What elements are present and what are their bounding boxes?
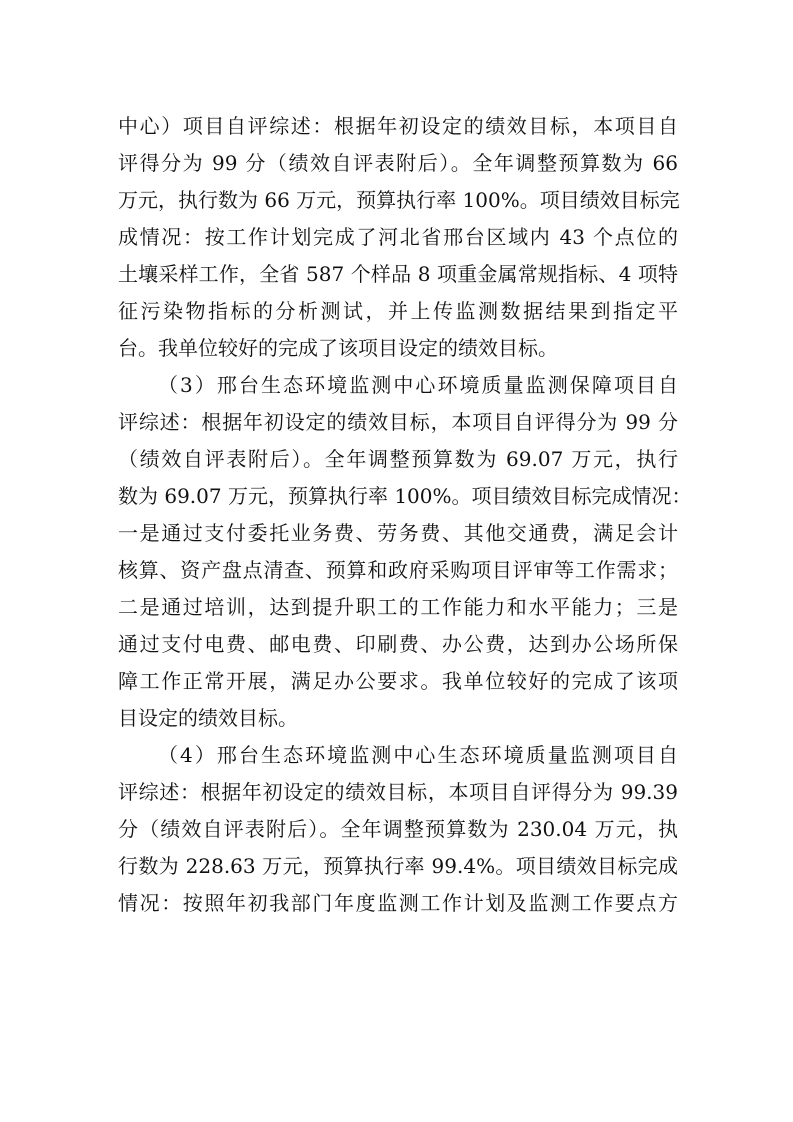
text-line: 通过支付电费、邮电费、印刷费、办公费，达到办公场所保 xyxy=(118,626,678,663)
text-line: 二是通过培训，达到提升职工的工作能力和水平能力；三是 xyxy=(118,589,678,626)
paragraph-project-3: （3）邢台生态环境监测中心环境质量监测保障项目自 评综述：根据年初设定的绩效目标… xyxy=(118,367,678,737)
text-line: （4）邢台生态环境监测中心生态环境质量监测项目自 xyxy=(118,737,678,774)
document-page: 中心）项目自评综述：根据年初设定的绩效目标，本项目自 评得分为 99 分（绩效自… xyxy=(118,108,678,922)
text-line: 行数为 228.63 万元，预算执行率 99.4%。项目绩效目标完成 xyxy=(118,848,678,885)
text-line: 数为 69.07 万元，预算执行率 100%。项目绩效目标完成情况： xyxy=(118,478,678,515)
text-line: （绩效自评表附后）。全年调整预算数为 69.07 万元，执行 xyxy=(118,441,678,478)
text-line: 征污染物指标的分析测试，并上传监测数据结果到指定平 xyxy=(118,293,678,330)
text-line: 台。我单位较好的完成了该项目设定的绩效目标。 xyxy=(118,330,678,367)
text-line: 土壤采样工作，全省 587 个样品 8 项重金属常规指标、4 项特 xyxy=(118,256,678,293)
text-line: 评综述：根据年初设定的绩效目标，本项目自评得分为 99.39 xyxy=(118,774,678,811)
text-line: 中心）项目自评综述：根据年初设定的绩效目标，本项目自 xyxy=(118,108,678,145)
text-line: 一是通过支付委托业务费、劳务费、其他交通费，满足会计 xyxy=(118,515,678,552)
text-line: 情况：按照年初我部门年度监测工作计划及监测工作要点方 xyxy=(118,885,678,922)
text-line: 分（绩效自评表附后）。全年调整预算数为 230.04 万元，执 xyxy=(118,811,678,848)
paragraph-project-2-continued: 中心）项目自评综述：根据年初设定的绩效目标，本项目自 评得分为 99 分（绩效自… xyxy=(118,108,678,367)
text-line: 核算、资产盘点清查、预算和政府采购项目评审等工作需求； xyxy=(118,552,678,589)
text-line: 评得分为 99 分（绩效自评表附后）。全年调整预算数为 66 xyxy=(118,145,678,182)
text-line: 成情况：按工作计划完成了河北省邢台区域内 43 个点位的 xyxy=(118,219,678,256)
text-line: （3）邢台生态环境监测中心环境质量监测保障项目自 xyxy=(118,367,678,404)
text-line: 障工作正常开展，满足办公要求。我单位较好的完成了该项 xyxy=(118,663,678,700)
text-line: 评综述：根据年初设定的绩效目标，本项目自评得分为 99 分 xyxy=(118,404,678,441)
text-line: 万元，执行数为 66 万元，预算执行率 100%。项目绩效目标完 xyxy=(118,182,678,219)
text-line: 目设定的绩效目标。 xyxy=(118,700,678,737)
paragraph-project-4: （4）邢台生态环境监测中心生态环境质量监测项目自 评综述：根据年初设定的绩效目标… xyxy=(118,737,678,922)
